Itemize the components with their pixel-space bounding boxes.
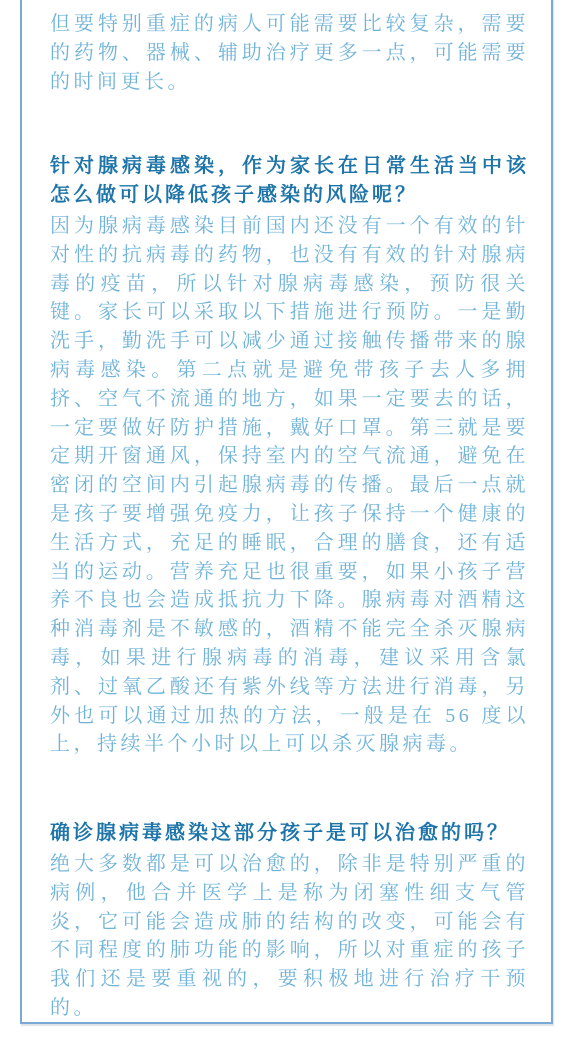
question-heading-prevention: 针对腺病毒感染，作为家长在日常生活当中该怎么做可以降低孩子感染的风险呢？	[50, 152, 529, 210]
article-card: 但要特别重症的病人可能需要比较复杂，需要的药物、器械、辅助治疗更多一点，可能需要…	[20, 0, 553, 1024]
question-heading-cure: 确诊腺病毒感染这部分孩子是可以治愈的吗？	[50, 819, 529, 848]
intro-paragraph: 但要特别重症的病人可能需要比较复杂，需要的药物、器械、辅助治疗更多一点，可能需要…	[50, 10, 529, 96]
answer-paragraph-prevention: 因为腺病毒感染目前国内还没有一个有效的针对性的抗病毒的药物，也没有有效的针对腺病…	[50, 212, 529, 759]
answer-paragraph-cure: 绝大多数都是可以治愈的，除非是特别严重的病例，他合并医学上是称为闭塞性细支气管炎…	[50, 850, 529, 1023]
